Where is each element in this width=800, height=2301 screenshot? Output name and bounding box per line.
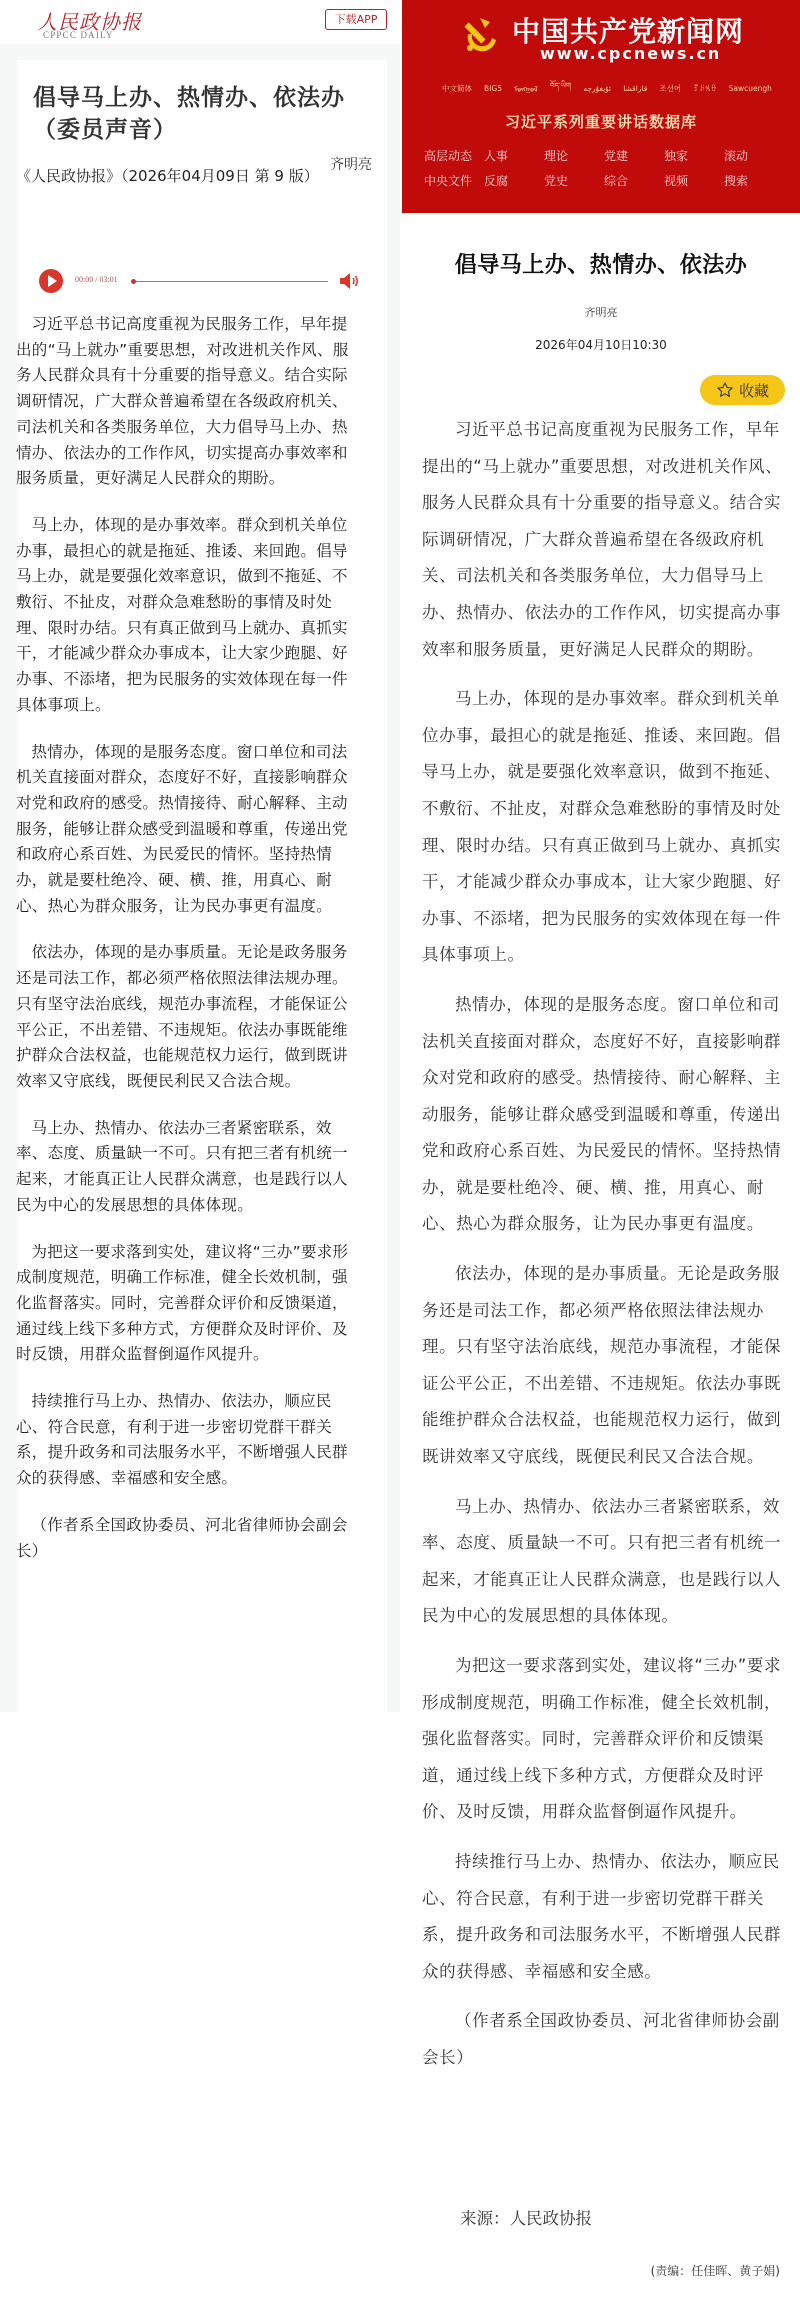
cpcnews-header: 中国共产党新闻网 www.cpcnews.cn 中文简体 BIG5 ᠮᠣᠩᠭᠣᠯ… bbox=[402, 0, 800, 213]
cppcc-article-panel: 人民政协报 CPPCC DAILY 下载APP 倡导马上办、热情办、依法办（委员… bbox=[0, 0, 400, 1712]
nav-item[interactable]: 独家 bbox=[664, 147, 724, 164]
nav-item[interactable]: 理论 bbox=[544, 147, 604, 164]
article-body: 习近平总书记高度重视为民服务工作，早年提出的“马上就办”重要思想，对改进机关作风… bbox=[422, 412, 787, 2090]
star-icon bbox=[716, 381, 734, 399]
paragraph: 依法办，体现的是办事质量。无论是政务服务还是司法工作，都必须严格依照法律法规办理… bbox=[16, 940, 358, 1094]
cpcnews-article-panel: 中国共产党新闻网 www.cpcnews.cn 中文简体 BIG5 ᠮᠣᠩᠭᠣᠯ… bbox=[402, 0, 800, 2301]
nav-item[interactable]: 中央文件 bbox=[424, 172, 484, 189]
article-author: 齐明亮 bbox=[330, 154, 372, 174]
audio-player: 00:00 / 03:01 bbox=[20, 260, 375, 302]
paragraph: 马上办、热情办、依法办三者紧密联系，效率、态度、质量缺一不可。只有把三者有机统一… bbox=[16, 1116, 358, 1219]
speech-database-link[interactable]: 习近平系列重要讲话数据库 bbox=[402, 111, 800, 132]
favorite-button[interactable]: 收藏 bbox=[700, 375, 785, 405]
lang-link[interactable]: ꆈꌠꁱꂷ bbox=[693, 83, 716, 93]
author-note: （作者系全国政协委员、河北省律师协会副会长） bbox=[16, 1513, 358, 1564]
nav-item[interactable]: 党史 bbox=[544, 172, 604, 189]
lang-link[interactable]: 조선어 bbox=[659, 83, 681, 94]
paragraph: 习近平总书记高度重视为民服务工作，早年提出的“马上就办”重要思想，对改进机关作风… bbox=[16, 312, 358, 492]
paragraph: 热情办，体现的是服务态度。窗口单位和司法机关直接面对群众，态度好不好，直接影响群… bbox=[16, 740, 358, 920]
lang-link[interactable]: ئۇيغۇرچە bbox=[583, 84, 611, 93]
paragraph: 为把这一要求落到实处，建议将“三办”要求形成制度规范，明确工作标准，健全长效机制… bbox=[422, 1648, 787, 1831]
play-button[interactable] bbox=[39, 269, 63, 293]
party-emblem-icon bbox=[460, 12, 504, 56]
paragraph: 马上办，体现的是办事效率。群众到机关单位办事，最担心的就是拖延、推诿、来回跑。倡… bbox=[16, 513, 358, 719]
nav-item[interactable]: 党建 bbox=[604, 147, 664, 164]
article-body: 习近平总书记高度重视为民服务工作，早年提出的“马上就办”重要思想，对改进机关作风… bbox=[16, 312, 358, 1585]
article-title: 倡导马上办、热情办、依法办（委员声音） bbox=[33, 82, 373, 146]
article-author: 齐明亮 bbox=[402, 304, 800, 320]
lang-link[interactable]: 中文简体 bbox=[442, 83, 472, 94]
channel-nav: 高层动态 人事 理论 党建 独家 滚动 中央文件 反腐 党史 综合 视频 搜索 bbox=[424, 147, 784, 189]
nav-item[interactable]: 视频 bbox=[664, 172, 724, 189]
lang-link[interactable]: བོད་ཡིག bbox=[550, 78, 571, 99]
lang-link[interactable]: Sawcuengh bbox=[729, 84, 772, 93]
language-links: 中文简体 BIG5 ᠮᠣᠩᠭᠣᠯ བོད་ཡིག ئۇيغۇرچە قازاقش… bbox=[442, 80, 772, 96]
lang-link[interactable]: قازاقشا bbox=[623, 84, 647, 93]
paragraph: 马上办、热情办、依法办三者紧密联系，效率、态度、质量缺一不可。只有把三者有机统一… bbox=[422, 1489, 787, 1635]
article-title: 倡导马上办、热情办、依法办 bbox=[402, 248, 800, 279]
nav-item[interactable]: 搜索 bbox=[724, 172, 784, 189]
paragraph: 马上办，体现的是办事效率。群众到机关单位办事，最担心的就是拖延、推诿、来回跑。倡… bbox=[422, 681, 787, 974]
article-datetime: 2026年04月10日10:30 bbox=[402, 336, 800, 353]
article-source: 来源：人民政协报 bbox=[460, 2205, 592, 2229]
lang-link[interactable]: BIG5 bbox=[484, 84, 502, 93]
nav-item[interactable]: 滚动 bbox=[724, 147, 784, 164]
newspaper-source-line: 《人民政协报》（2026年04月09日 第 9 版） bbox=[16, 165, 319, 186]
paragraph: 习近平总书记高度重视为民服务工作，早年提出的“马上就办”重要思想，对改进机关作风… bbox=[422, 412, 787, 668]
audio-progress-handle[interactable] bbox=[131, 279, 136, 284]
nav-item[interactable]: 综合 bbox=[604, 172, 664, 189]
paragraph: 为把这一要求落到实处，建议将“三办”要求形成制度规范，明确工作标准，健全长效机制… bbox=[16, 1240, 358, 1369]
nav-item[interactable]: 高层动态 bbox=[424, 147, 484, 164]
cppcc-header: 人民政协报 CPPCC DAILY 下载APP bbox=[0, 0, 400, 44]
paragraph: 持续推行马上办、热情办、依法办，顺应民心、符合民意，有利于进一步密切党群干群关系… bbox=[422, 1844, 787, 1990]
favorite-label: 收藏 bbox=[739, 380, 769, 401]
site-url: www.cpcnews.cn bbox=[540, 44, 721, 63]
lang-link[interactable]: ᠮᠣᠩᠭᠣᠯ bbox=[514, 82, 538, 95]
responsible-editor: (责编：任佳晖、黄子娟) bbox=[651, 2262, 780, 2279]
audio-time: 00:00 / 03:01 bbox=[75, 275, 118, 284]
nav-item[interactable]: 人事 bbox=[484, 147, 544, 164]
paragraph: 依法办，体现的是办事质量。无论是政务服务还是司法工作，都必须严格依照法律法规办理… bbox=[422, 1256, 787, 1476]
audio-progress-bar[interactable] bbox=[133, 281, 328, 282]
download-app-button[interactable]: 下载APP bbox=[325, 9, 387, 30]
nav-item[interactable]: 反腐 bbox=[484, 172, 544, 189]
paragraph: 热情办，体现的是服务态度。窗口单位和司法机关直接面对群众，态度好不好，直接影响群… bbox=[422, 987, 787, 1243]
cppcc-logo-subtitle: CPPCC DAILY bbox=[43, 30, 114, 40]
author-note: （作者系全国政协委员、河北省律师协会副会长） bbox=[422, 2003, 787, 2076]
volume-icon[interactable] bbox=[337, 269, 361, 293]
paragraph: 持续推行马上办、热情办、依法办，顺应民心、符合民意，有利于进一步密切党群干群关系… bbox=[16, 1389, 358, 1492]
